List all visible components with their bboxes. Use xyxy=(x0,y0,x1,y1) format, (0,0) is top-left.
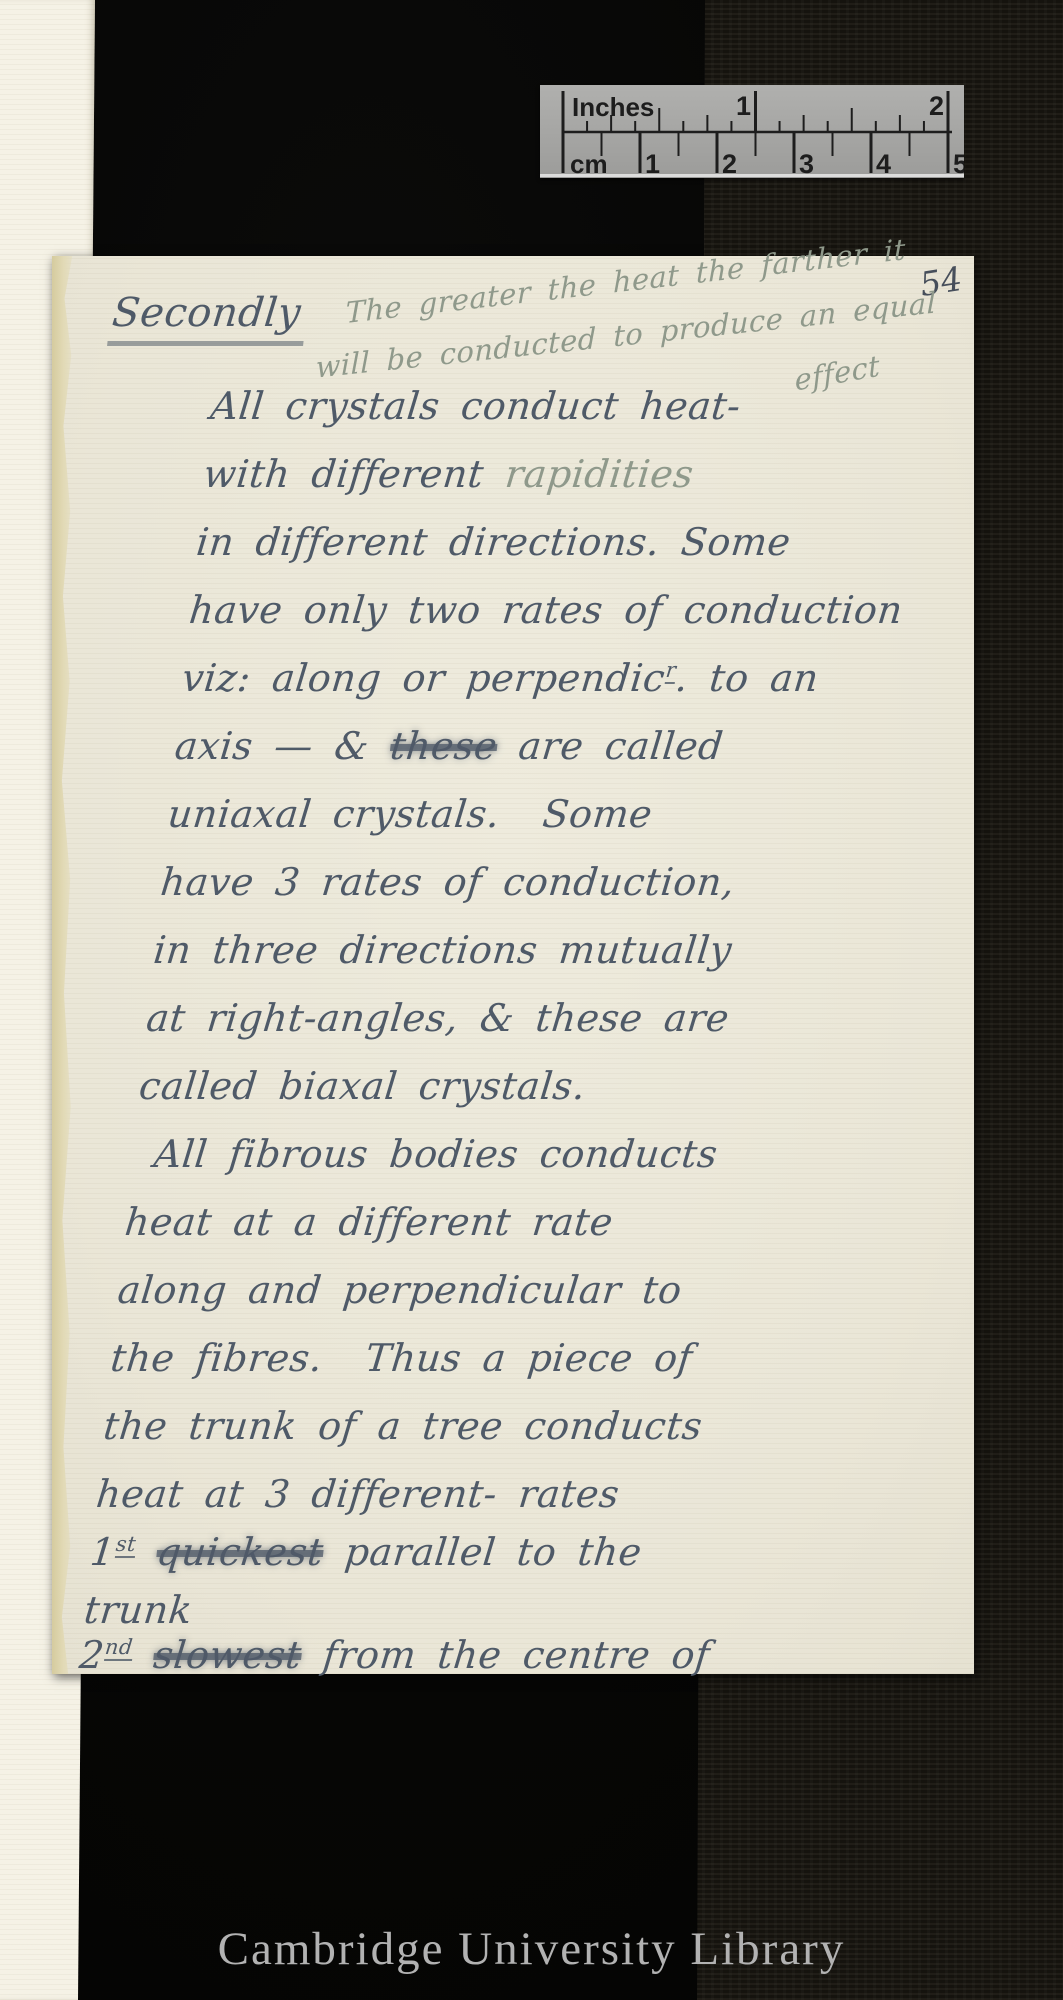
manuscript-text: axis — & xyxy=(173,724,393,768)
manuscript-body: All crystals conduct heat-with different… xyxy=(75,384,1035,1701)
manuscript-line: heat at 3 different- rates xyxy=(93,1472,921,1530)
manuscript-line: at right-angles, & these are xyxy=(142,996,971,1064)
manuscript-text: . to an xyxy=(673,656,821,700)
manuscript-line: the fibres. Thus a piece of xyxy=(106,1336,935,1404)
manuscript-line: the trunk of a tree conducts xyxy=(99,1404,928,1472)
ruler-cm-number: 5 xyxy=(953,149,964,178)
manuscript-word-struck: slowest xyxy=(151,1633,303,1677)
manuscript-line: uniaxal crystals. Some xyxy=(163,792,992,860)
ruler-cm-number: 1 xyxy=(645,149,660,178)
manuscript-line: All crystals conduct heat- xyxy=(206,384,1035,452)
manuscript-line: along and perpendicular to xyxy=(113,1268,942,1336)
manuscript-text: heat at a different rate xyxy=(123,1200,615,1244)
manuscript-text: parallel to the xyxy=(321,1530,644,1574)
manuscript-word-sup: st xyxy=(114,1532,137,1558)
manuscript-text: All crystals conduct heat- xyxy=(209,384,743,428)
manuscript-word-sup: nd xyxy=(104,1635,135,1661)
manuscript-line: in three directions mutually xyxy=(149,928,978,996)
manuscript-word-pencil: rapidities xyxy=(503,452,696,496)
ruler-cm-number: 3 xyxy=(799,149,814,178)
manuscript-heading: Secondly xyxy=(107,290,309,346)
manuscript-text: uniaxal crystals. Some xyxy=(166,792,655,836)
measuring-ruler: 12Inches12345cm xyxy=(540,85,964,178)
manuscript-line: All fibrous bodies conducts xyxy=(127,1132,956,1200)
manuscript-line: trunk xyxy=(82,1588,909,1633)
manuscript-line: 1st quickest parallel to the xyxy=(87,1530,915,1588)
manuscript-text: at right-angles, & these are xyxy=(144,996,731,1040)
manuscript-line: heat at a different rate xyxy=(120,1200,949,1268)
ruler-cm-label: cm xyxy=(570,149,608,178)
manuscript-line: axis — & these are called xyxy=(170,724,999,792)
manuscript-page: 54 Secondly The greater the heat the far… xyxy=(52,256,974,1674)
manuscript-text: heat at 3 different- rates xyxy=(94,1472,621,1516)
manuscript-text: with different xyxy=(201,452,507,496)
manuscript-text: the fibres. Thus a piece of xyxy=(109,1336,695,1380)
manuscript-line: 2nd slowest from the centre of xyxy=(75,1633,904,1701)
manuscript-line: with different rapidities xyxy=(199,452,1028,520)
manuscript-line: have only two rates of conduction xyxy=(185,588,1014,656)
manuscript-text: in different directions. Some xyxy=(194,520,793,564)
torn-paper-edge xyxy=(52,256,78,1674)
manuscript-text: have 3 rates of conduction, xyxy=(159,860,737,904)
library-watermark: Cambridge University Library xyxy=(218,1922,846,1976)
manuscript-word-struck: these xyxy=(388,724,499,768)
manuscript-text: are called xyxy=(495,724,726,768)
ruler-inches-label: Inches xyxy=(572,92,654,122)
manuscript-text: 1 xyxy=(88,1530,117,1574)
manuscript-text: have only two rates of conduction xyxy=(187,588,905,632)
manuscript-line: have 3 rates of conduction, xyxy=(156,860,985,928)
manuscript-photo: 12Inches12345cm 54 Secondly The greater … xyxy=(0,0,1063,2000)
ruler-scale: 12Inches12345cm xyxy=(540,85,964,178)
manuscript-text: 2 xyxy=(77,1633,106,1677)
manuscript-text: called biaxal crystals. xyxy=(137,1064,588,1108)
manuscript-word-struck: quickest xyxy=(155,1530,326,1574)
manuscript-text: All fibrous bodies conducts xyxy=(152,1132,720,1176)
ruler-cm-number: 2 xyxy=(722,149,737,178)
manuscript-text: along and perpendicular to xyxy=(116,1268,684,1312)
manuscript-text: trunk xyxy=(82,1588,195,1632)
manuscript-line: viz: along or perpendicr. to an xyxy=(177,656,1006,724)
manuscript-line: in different directions. Some xyxy=(192,520,1021,588)
ruler-inch-number: 1 xyxy=(736,91,751,121)
manuscript-text: viz: along or perpendic xyxy=(180,656,667,700)
manuscript-text: the trunk of a tree conducts xyxy=(101,1404,704,1448)
ruler-cm-number: 4 xyxy=(876,149,891,178)
ruler-inch-number: 2 xyxy=(929,91,944,121)
manuscript-text: from the centre of xyxy=(299,1633,712,1677)
manuscript-line: called biaxal crystals. xyxy=(135,1064,964,1132)
manuscript-text: in three directions mutually xyxy=(151,928,734,972)
